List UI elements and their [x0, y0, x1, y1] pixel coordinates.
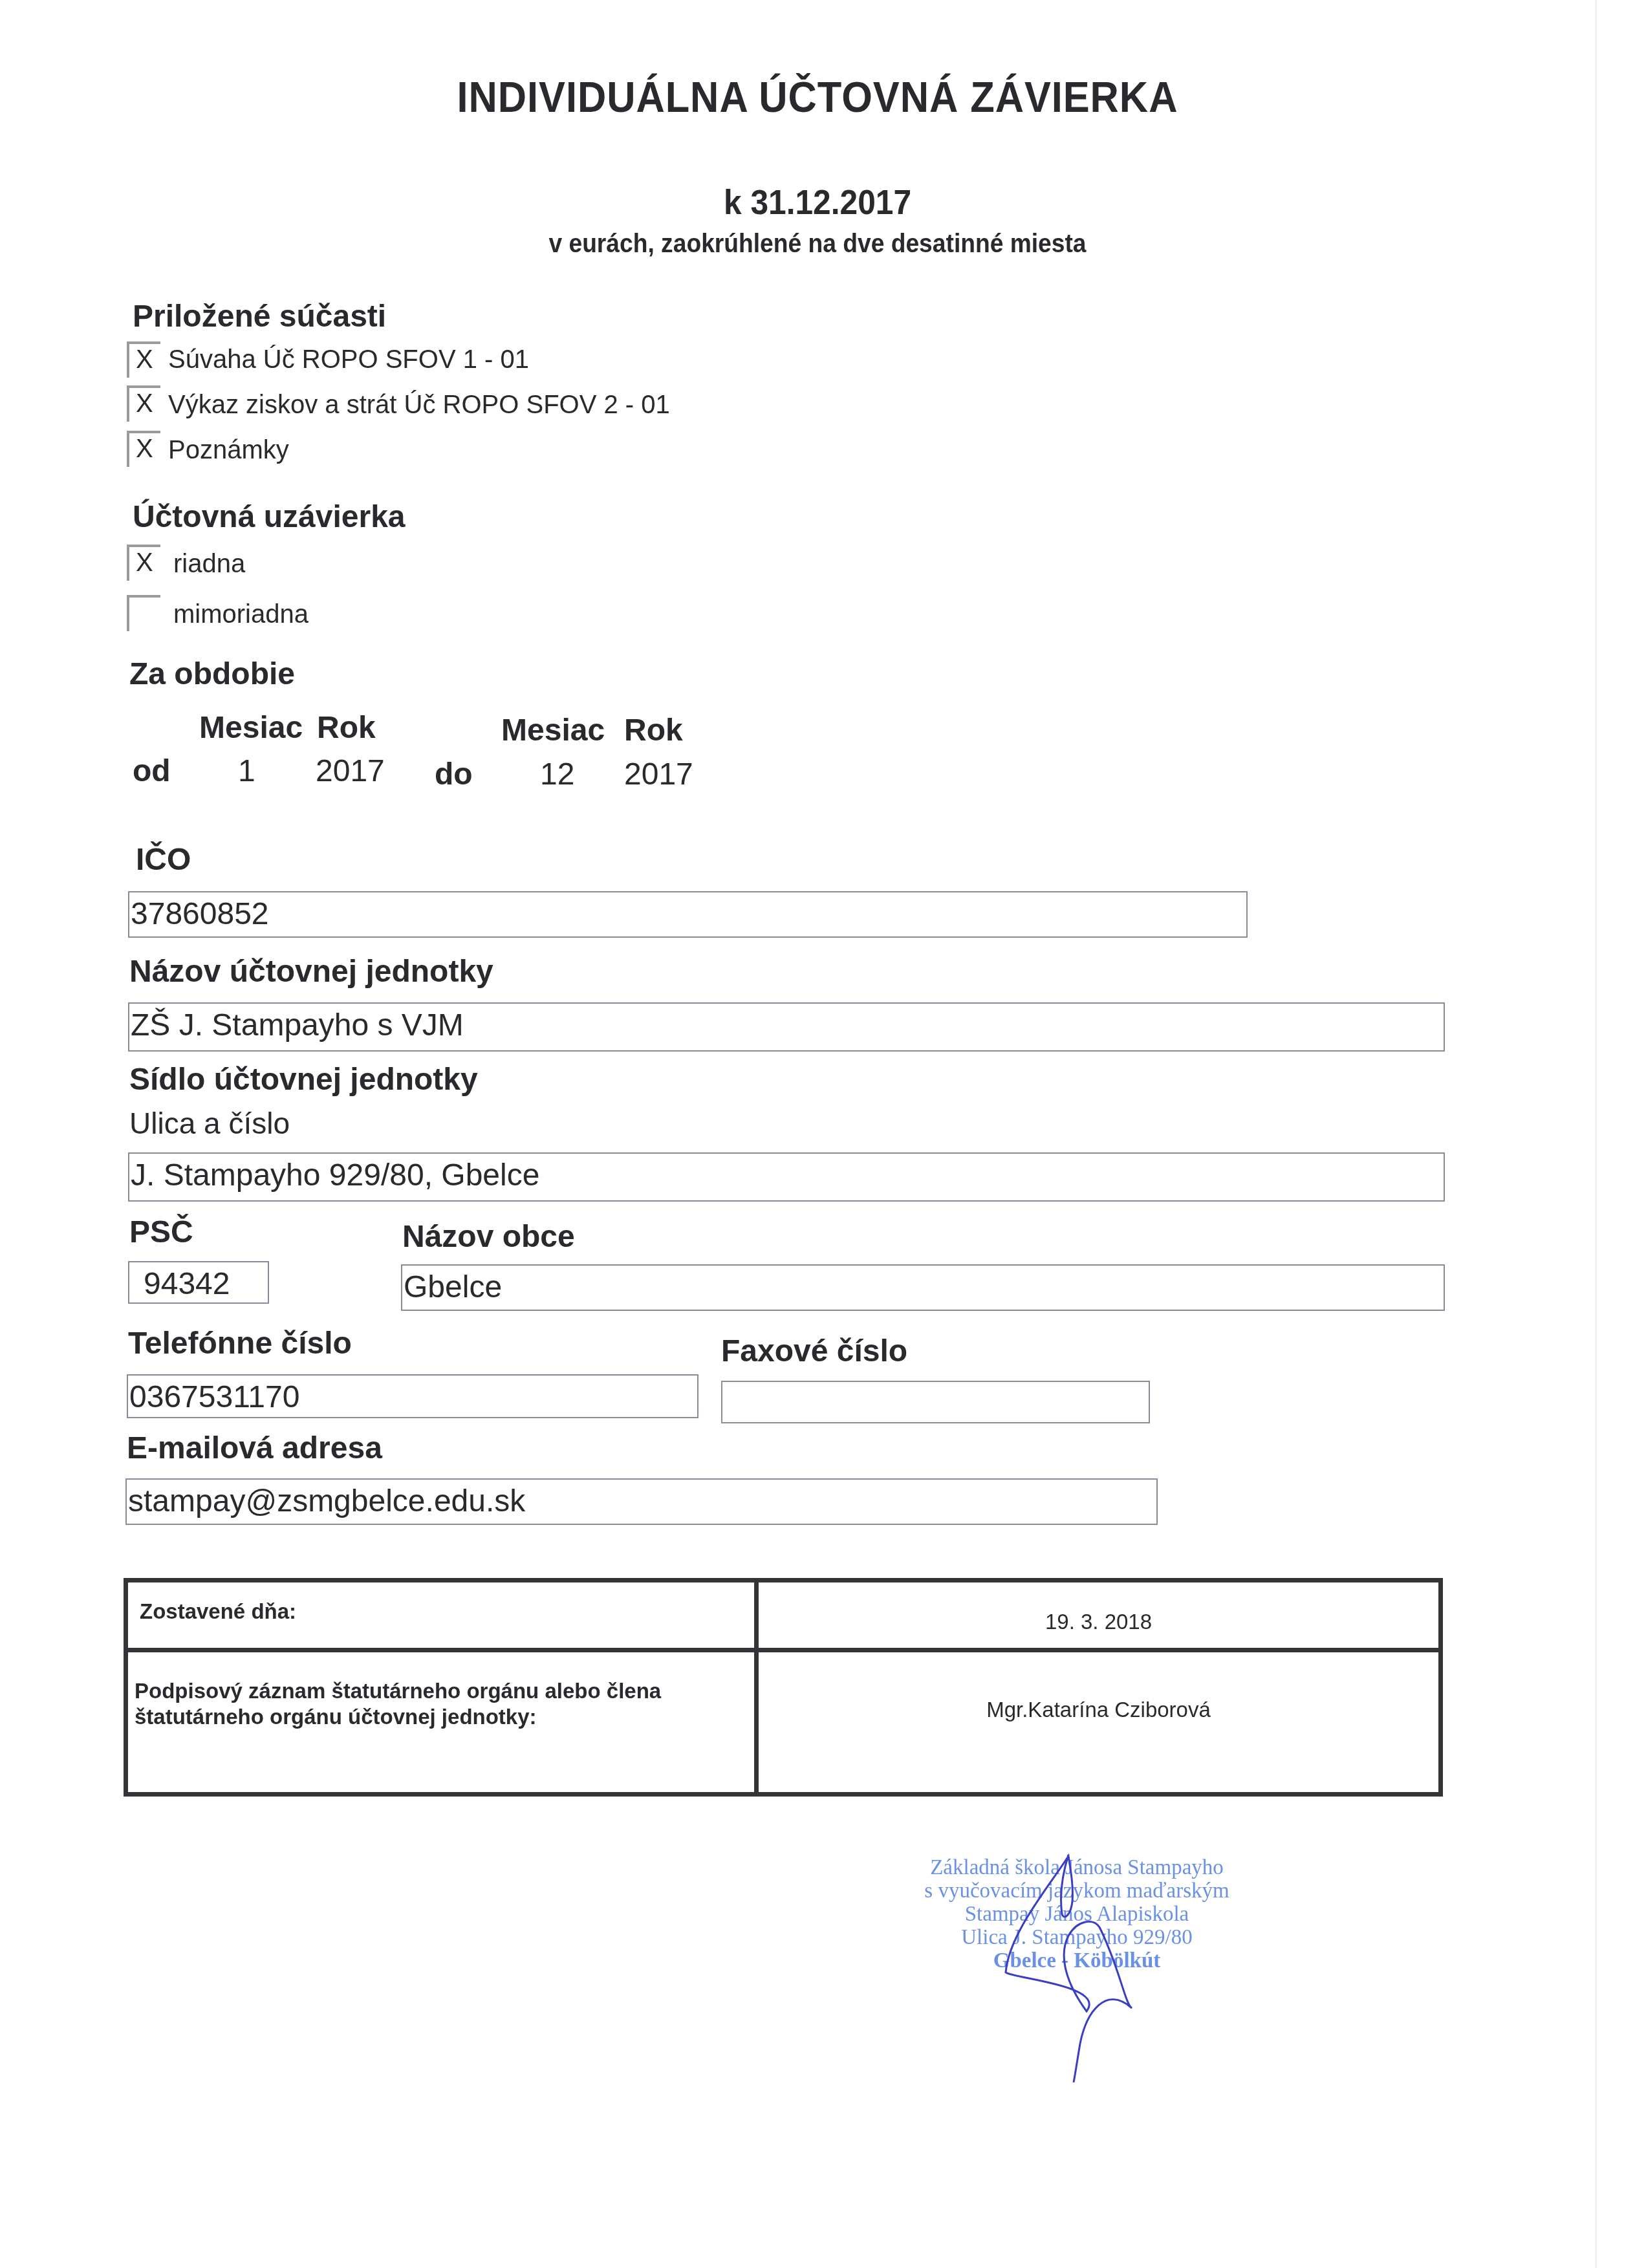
entity-name-value: ZŠ J. Stampayho s VJM	[131, 1010, 464, 1041]
checkbox-label-vykaz: Výkaz ziskov a strát Úč ROPO SFOV 2 - 01	[168, 391, 670, 420]
check-mark: X	[136, 345, 153, 374]
street-value: J. Stampayho 929/80, Gbelce	[131, 1160, 539, 1191]
city-value: Gbelce	[404, 1272, 502, 1303]
psc-field[interactable]: 94342	[128, 1261, 269, 1304]
to-year-value: 2017	[624, 757, 693, 792]
from-label: od	[133, 753, 171, 789]
to-month-value: 12	[540, 757, 574, 792]
signature-label: Podpisový záznam štatutárneho orgánu ale…	[135, 1679, 661, 1729]
document-subtitle: v eurách, zaokrúhlené na dve desatinné m…	[57, 230, 1577, 259]
checkbox-mimoriadna[interactable]	[127, 595, 160, 631]
checkbox-label-mimoriadna: mimoriadna	[173, 600, 309, 629]
period-heading: Za obdobie	[129, 656, 295, 692]
from-month-label: Mesiac	[199, 710, 303, 746]
check-mark: X	[136, 548, 153, 578]
checkbox-label-poznamky: Poznámky	[168, 436, 289, 465]
attached-parts-heading: Priložené súčasti	[133, 299, 386, 334]
signature-table: Zostavené dňa: 19. 3. 2018 Podpisový záz…	[124, 1578, 1443, 1797]
document-date: k 31.12.2017	[65, 182, 1570, 222]
ico-label: IČO	[136, 842, 191, 878]
to-label: do	[435, 757, 473, 792]
signature-value-cell: Mgr.Katarína Cziborová	[757, 1650, 1441, 1795]
psc-value: 94342	[144, 1269, 230, 1300]
ico-field[interactable]: 37860852	[128, 891, 1248, 938]
check-mark: X	[136, 389, 153, 418]
city-label: Názov obce	[402, 1219, 575, 1255]
check-mark: X	[136, 435, 153, 464]
seat-heading: Sídlo účtovnej jednotky	[129, 1062, 478, 1097]
closing-type-heading: Účtovná uzávierka	[133, 499, 406, 535]
handwritten-signature-icon	[893, 1850, 1281, 2082]
from-month-value: 1	[238, 753, 255, 789]
entity-name-field[interactable]: ZŠ J. Stampayho s VJM	[128, 1002, 1445, 1052]
entity-name-label: Názov účtovnej jednotky	[129, 954, 493, 989]
compiled-label: Zostavené dňa:	[140, 1599, 296, 1623]
email-label: E-mailová adresa	[127, 1431, 382, 1466]
fax-label: Faxové číslo	[721, 1334, 907, 1369]
phone-value: 0367531170	[129, 1382, 299, 1413]
compiled-label-cell: Zostavené dňa:	[126, 1581, 757, 1650]
checkbox-label-suvaha: Súvaha Úč ROPO SFOV 1 - 01	[168, 345, 529, 374]
email-field[interactable]: stampay@zsmgbelce.edu.sk	[125, 1478, 1158, 1525]
document-title: INDIVIDUÁLNA ÚČTOVNÁ ZÁVIERKA	[57, 72, 1577, 122]
street-label: Ulica a číslo	[129, 1106, 290, 1141]
phone-label: Telefónne číslo	[128, 1326, 352, 1361]
checkbox-suvaha[interactable]: X	[127, 341, 160, 378]
signature-label-cell: Podpisový záznam štatutárneho orgánu ale…	[126, 1650, 757, 1795]
city-field[interactable]: Gbelce	[401, 1264, 1445, 1311]
ico-value: 37860852	[131, 899, 269, 930]
checkbox-poznamky[interactable]: X	[127, 431, 160, 467]
checkbox-label-riadna: riadna	[173, 550, 245, 579]
fax-field[interactable]	[721, 1381, 1150, 1423]
street-field[interactable]: J. Stampayho 929/80, Gbelce	[128, 1152, 1445, 1202]
compiled-value-cell: 19. 3. 2018	[757, 1581, 1441, 1650]
psc-label: PSČ	[129, 1215, 193, 1250]
checkbox-riadna[interactable]: X	[127, 545, 160, 581]
from-year-label: Rok	[317, 710, 376, 746]
phone-field[interactable]: 0367531170	[127, 1374, 698, 1418]
scan-edge-line	[1595, 0, 1597, 2268]
to-year-label: Rok	[624, 713, 683, 748]
email-value: stampay@zsmgbelce.edu.sk	[128, 1486, 525, 1517]
from-year-value: 2017	[316, 753, 385, 789]
signatory-name: Mgr.Katarína Cziborová	[986, 1698, 1211, 1722]
to-month-label: Mesiac	[501, 713, 605, 748]
checkbox-vykaz[interactable]: X	[127, 385, 160, 422]
compiled-value: 19. 3. 2018	[1045, 1610, 1152, 1634]
